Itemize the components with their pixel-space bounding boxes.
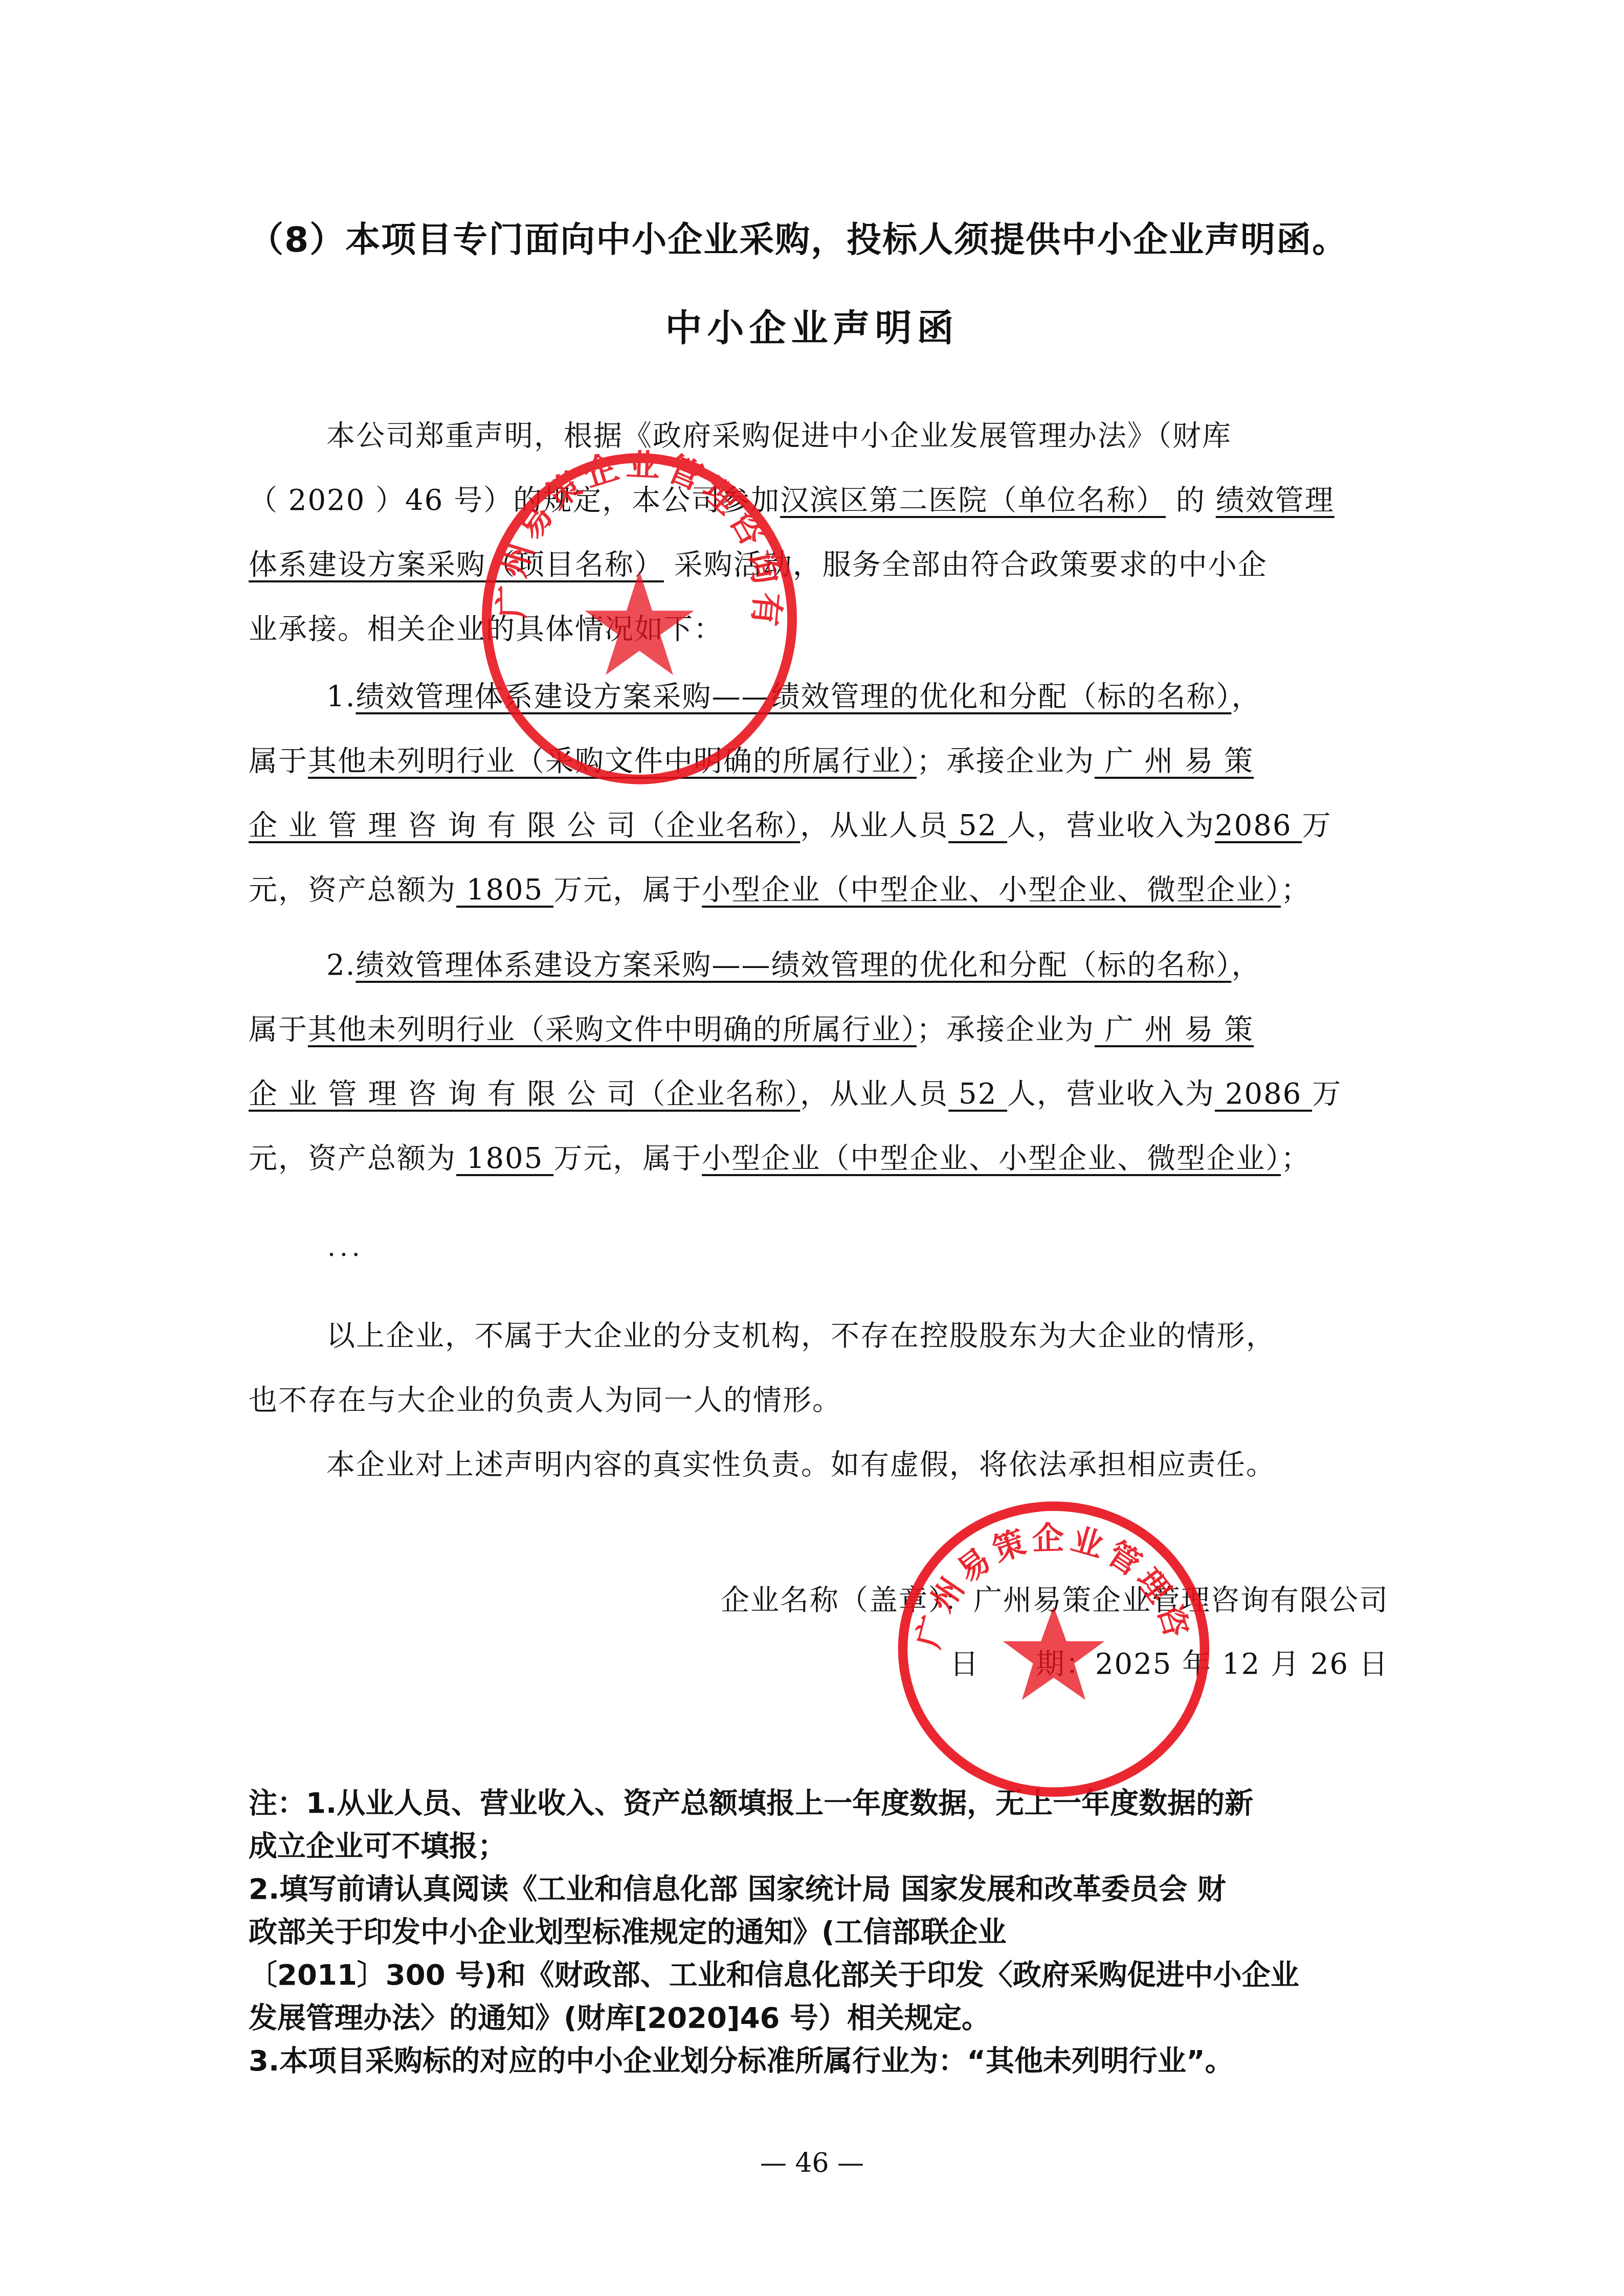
section-heading: （8）本项目专门面向中小企业采购，投标人须提供中小企业声明函。 (249, 212, 1348, 262)
ellipsis: ... (327, 1232, 364, 1262)
page-number: — 46 — (0, 2148, 1624, 2178)
subject-name-field: 绩效管理体系建设方案采购——绩效管理的优化和分配（标的名称） (355, 949, 1231, 982)
document-title: 中小企业声明函 (0, 298, 1624, 351)
note-line: 〔2011〕300 号)和《财政部、工业和信息化部关于印发〈政府采购促进中小企业 (249, 1954, 1389, 1997)
closing-paragraph: 以上企业，不属于大企业的分支机构，不存在控股股东为大企业的情形， 也不存在与大企… (249, 1304, 1389, 1497)
subject-name-field: 绩效管理体系建设方案采购——绩效管理的优化和分配（标的名称） (355, 680, 1231, 713)
enterprise-item-1: 1.绩效管理体系建设方案采购——绩效管理的优化和分配（标的名称）， 属于其他未列… (249, 665, 1389, 922)
assets-field: 1805 (456, 1142, 553, 1175)
note-line: 政部关于印发中小企业划型标准规定的通知》(工信部联企业 (249, 1911, 1389, 1954)
note-line: 注：1.从业人员、营业收入、资产总额填报上一年度数据，无上一年度数据的新 (249, 1782, 1389, 1825)
project-name-field-b: 体系建设方案采购（项目名称） (249, 548, 664, 581)
notes-section: 注：1.从业人员、营业收入、资产总额填报上一年度数据，无上一年度数据的新 成立企… (249, 1782, 1389, 2083)
note-line: 成立企业可不填报； (249, 1825, 1389, 1868)
company-field-a: 广 州 易 策 (1095, 1013, 1254, 1046)
industry-field: 其他未列明行业（采购文件中明确的所属行业） (308, 1013, 917, 1046)
svg-text:广州易策企业管理咨询有限公司: 广州易策企业管理咨询有限公司 (893, 1498, 1197, 1652)
signature-date: 日期：2025 年 12 月 26 日 (950, 1641, 1389, 1682)
intro-line-4: 业承接。相关企业的具体情况如下： (249, 597, 1389, 662)
company-field-a: 广 州 易 策 (1095, 745, 1254, 778)
enterprise-size-field: 小型企业（中型企业、小型企业、微型企业） (702, 1142, 1281, 1175)
assets-field: 1805 (456, 873, 553, 907)
note-line: 2.填写前请认真阅读《工业和信息化部 国家统计局 国家发展和改革委员会 财 (249, 1868, 1389, 1911)
note-line: 发展管理办法〉的通知》(财库[2020]46 号）相关规定。 (249, 1997, 1389, 2040)
note-line: 3.本项目采购标的对应的中小企业划分标准所属行业为：“其他未列明行业”。 (249, 2040, 1389, 2083)
company-field-b: 企 业 管 理 咨 询 有 限 公 司（企业名称） (249, 809, 800, 842)
intro-line-3: 体系建设方案采购（项目名称） 采购活动，服务全部由符合政策要求的中小企 (249, 533, 1389, 597)
intro-paragraph: 本公司郑重声明，根据《政府采购促进中小企业发展管理办法》（财库 （ 2020 ）… (249, 404, 1389, 662)
company-signature: 企业名称（盖章）：广州易策企业管理咨询有限公司 (721, 1578, 1389, 1618)
enterprise-size-field: 小型企业（中型企业、小型企业、微型企业） (702, 873, 1281, 907)
enterprise-item-2: 2.绩效管理体系建设方案采购——绩效管理的优化和分配（标的名称）， 属于其他未列… (249, 933, 1389, 1191)
unit-name-field: 汉滨区第二医院（单位名称） (780, 484, 1166, 517)
intro-line-2: （ 2020 ）46 号）的规定，本公司参加汉滨区第二医院（单位名称） 的 绩效… (249, 468, 1389, 533)
document-page: （8）本项目专门面向中小企业采购，投标人须提供中小企业声明函。 中小企业声明函 … (0, 0, 1624, 2296)
employees-field: 52 (948, 1077, 1007, 1111)
industry-field: 其他未列明行业（采购文件中明确的所属行业） (308, 745, 917, 778)
revenue-field: 2086 (1215, 809, 1302, 842)
company-field-b: 企 业 管 理 咨 询 有 限 公 司（企业名称） (249, 1077, 800, 1111)
revenue-field: 2086 (1215, 1077, 1312, 1111)
intro-line-1: 本公司郑重声明，根据《政府采购促进中小企业发展管理办法》（财库 (249, 404, 1389, 468)
employees-field: 52 (948, 809, 1007, 842)
project-name-field-a: 绩效管理 (1216, 484, 1334, 517)
